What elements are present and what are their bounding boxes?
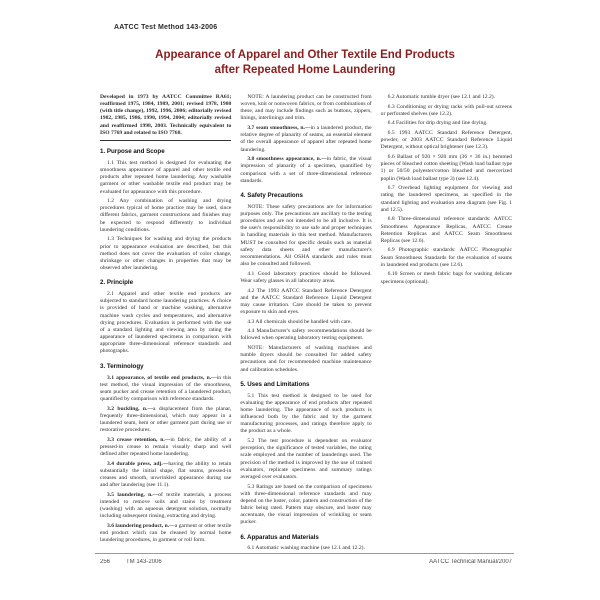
paragraph: 1.1 This test method is designed for eva… — [100, 160, 231, 196]
paragraph: 4.2 The 1993 AATCC Standard Reference De… — [240, 288, 371, 317]
paragraph: 6.9 Photographic standards: AATCC Photog… — [381, 247, 512, 268]
paragraph: 4.1 Good laboratory practices should be … — [240, 271, 371, 285]
term-lead: 3.4 durable press, adj.— — [107, 461, 168, 467]
paragraph: 3.7 seam smoothness, n.—in a laundered p… — [240, 125, 371, 154]
doc-title-line2: after Repeated Home Laundering — [90, 63, 520, 78]
paragraph: 3.2 buckling, n.—a displacement from the… — [100, 406, 231, 435]
paragraph: 3.1 appearance, of textile end products,… — [100, 375, 231, 404]
term-lead: 3.5 laundering, n.— — [107, 492, 158, 498]
paragraph: 5.1 This test method is designed to be u… — [240, 393, 371, 436]
paragraph: 3.6 laundering product, n.—a garment or … — [100, 523, 231, 544]
term-lead: 3.6 laundering product, n.— — [107, 523, 175, 529]
divider-rule — [100, 140, 231, 141]
paragraph: 6.8 Three-dimensional reference standard… — [381, 216, 512, 245]
paragraph: 6.6 Ballast of 920 × 920 mm (36 × 36 in.… — [381, 154, 512, 183]
paragraph: 3.4 durable press, adj.—having the abili… — [100, 461, 231, 490]
paragraph: 6.1 Automatic washing machine (see 12.1 … — [240, 545, 371, 552]
section-heading: 6. Apparatus and Materials — [240, 534, 371, 542]
paragraph: 6.10 Screen or mesh fabric bags for wash… — [381, 271, 512, 285]
paragraph: NOTE: A laundering product can be constr… — [240, 94, 371, 123]
term-lead: 3.8 smoothness appearance, n.— — [247, 156, 326, 162]
paragraph: 4.3 All chemicals should be handled with… — [240, 319, 371, 326]
paragraph: 6.7 Overhead lighting equipment for view… — [381, 185, 512, 214]
paragraph: 3.5 laundering, n.—of textile materials,… — [100, 492, 231, 521]
paragraph: 1.2 Any combination of washing and dryin… — [100, 198, 231, 234]
footer-left: 256 TM 143-2006 — [100, 559, 162, 565]
paragraph: 6.4 Facilities for drip drying and line … — [381, 120, 512, 127]
method-number-header: AATCC Test Method 143-2006 — [114, 24, 217, 31]
term-lead: 3.7 seam smoothness, n.— — [247, 125, 310, 131]
paragraph: 6.3 Conditioning or drying racks with pu… — [381, 104, 512, 118]
term-lead: 3.1 appearance, of textile end products,… — [107, 375, 217, 381]
section-heading: 4. Safety Precautions — [240, 192, 371, 200]
history-note: Developed in 1973 by AATCC Committee RA6… — [100, 94, 231, 137]
document-page: AATCC Test Method 143-2006 Appearance of… — [0, 0, 600, 600]
term-lead: 3.2 buckling, n.— — [107, 406, 153, 412]
paragraph: 5.3 Ratings are based on the comparison … — [240, 484, 371, 527]
paragraph: 6.2 Automatic tumble dryer (see 12.1 and… — [381, 94, 512, 101]
page-number: 256 — [100, 559, 110, 565]
paragraph: 1.3 Techniques for washing and drying th… — [100, 236, 231, 272]
page-footer: 256 TM 143-2006 AATCC Technical Manual/2… — [100, 559, 512, 565]
document-columns: Developed in 1973 by AATCC Committee RA6… — [100, 94, 512, 554]
doc-title-line1: Appearance of Apparel and Other Textile … — [90, 48, 520, 63]
paragraph: NOTE: These safety precautions are for i… — [240, 204, 371, 268]
section-heading: 5. Uses and Limitations — [240, 381, 371, 389]
paragraph: 6.5 1993 AATCC Standard Reference Deterg… — [381, 130, 512, 151]
term-lead: 3.3 crease retention, n.— — [107, 437, 170, 443]
manual-reference: AATCC Technical Manual/2007 — [429, 559, 512, 565]
paragraph: 2.1 Apparel and other textile end produc… — [100, 291, 231, 355]
paragraph: 5.2 The test procedure is dependent on e… — [240, 438, 371, 481]
paragraph: NOTE: Manufacturers of washing machines … — [240, 345, 371, 374]
section-heading: 2. Principle — [100, 279, 231, 287]
paragraph: 3.3 crease retention, n.—in fabric, the … — [100, 437, 231, 458]
doc-title: Appearance of Apparel and Other Textile … — [90, 48, 520, 78]
method-code: TM 143-2006 — [126, 559, 162, 565]
section-heading: 1. Purpose and Scope — [100, 148, 231, 156]
section-heading: 3. Terminology — [100, 363, 231, 371]
paragraph: 3.8 smoothness appearance, n.—in fabric,… — [240, 156, 371, 185]
paragraph: 4.4 Manufacturer's safety recommendation… — [240, 328, 371, 342]
footer-divider — [95, 553, 514, 554]
